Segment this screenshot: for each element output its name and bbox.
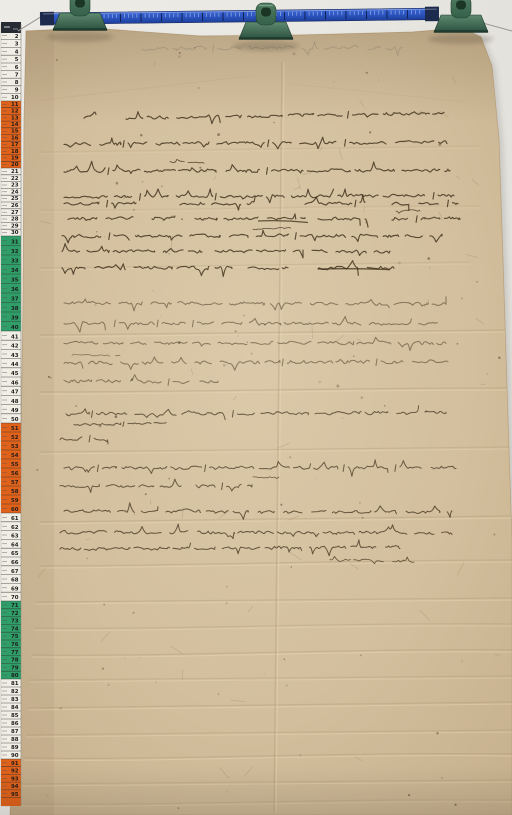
tape-number: 58 [11, 489, 19, 495]
tape-number: 45 [11, 371, 19, 377]
tape-number: 29 [11, 223, 19, 229]
tape-number: 88 [11, 737, 19, 743]
tape-number: 64 [11, 542, 19, 548]
tape-number: 42 [11, 344, 19, 350]
tape-number: 38 [11, 306, 19, 312]
clip-lever-hole [261, 8, 271, 17]
tape-number: 36 [11, 287, 19, 293]
photo-vignette [0, 765, 512, 815]
clip-lever-hole [75, 0, 85, 8]
tape-number: 54 [11, 453, 19, 459]
tape-number: 59 [11, 498, 19, 504]
tape-number: 30 [11, 230, 19, 236]
tape-number: 60 [11, 507, 19, 513]
tape-number: 24 [11, 189, 19, 195]
tape-number: 67 [11, 569, 19, 575]
tape-number: 19 [11, 156, 19, 162]
tape-number: 25 [11, 196, 19, 202]
tape-number: 90 [11, 753, 19, 759]
manuscript-photo: 1234567891011121314151617181920212223242… [0, 0, 512, 815]
tape-number: 68 [11, 578, 19, 584]
tape-number: 85 [11, 713, 19, 719]
tape-number: 39 [11, 316, 19, 322]
tape-number: 6 [15, 65, 19, 71]
tape-number: 41 [11, 334, 19, 340]
tape-number: 76 [11, 642, 19, 648]
tape-number: 9 [15, 88, 19, 94]
tape-number: 31 [11, 240, 19, 246]
tape-number: 73 [11, 619, 19, 625]
tape-number: 70 [11, 595, 19, 601]
tape-number: 53 [11, 444, 19, 450]
tape-number: 44 [11, 362, 19, 368]
tape-number: 55 [11, 462, 19, 468]
tape-number: 7 [15, 72, 19, 78]
tape-number: 62 [11, 525, 19, 531]
tape-number: 35 [11, 278, 19, 284]
clip-shadow [428, 34, 494, 44]
binder-clip [47, 0, 113, 42]
tape-number: 49 [11, 408, 19, 414]
tape-number: 74 [11, 626, 19, 632]
tape-number: 77 [11, 650, 19, 656]
tape-number: 66 [11, 560, 19, 566]
tape-number: 47 [11, 390, 19, 396]
tape-number: 69 [11, 586, 19, 592]
tape-number: 22 [11, 176, 19, 182]
tape-number: 23 [11, 183, 19, 189]
tape-number: 37 [11, 297, 19, 303]
tape-number: 63 [11, 534, 19, 540]
tape-number: 40 [11, 325, 19, 331]
tape-number: 26 [11, 203, 19, 209]
clip-lever-hole [456, 1, 466, 10]
photograph-scene: 1234567891011121314151617181920212223242… [0, 0, 512, 815]
tape-number: 43 [11, 353, 19, 359]
tape-number: 71 [11, 603, 19, 609]
tape-number: 32 [11, 249, 19, 255]
tape-number: 21 [11, 169, 19, 175]
tape-number: 11 [11, 102, 19, 108]
tape-number: 8 [15, 80, 19, 86]
tape-number: 51 [11, 426, 19, 432]
tape-number: 82 [11, 689, 19, 695]
tape-number: 80 [11, 673, 19, 679]
tape-number: 17 [11, 142, 19, 148]
tape-number: 15 [11, 129, 19, 135]
clip-shadow [233, 41, 299, 51]
tape-number: 81 [11, 681, 19, 687]
measuring-tape: 1234567891011121314151617181920212223242… [1, 22, 21, 806]
tape-number: 12 [11, 109, 19, 115]
tape-number: 65 [11, 551, 19, 557]
tape-number: 48 [11, 399, 19, 405]
tape-number: 14 [11, 122, 19, 128]
tape-number: 2 [15, 34, 19, 40]
tape-number: 3 [15, 42, 19, 48]
tape-number: 78 [11, 658, 19, 664]
tape-number: 52 [11, 435, 19, 441]
tape-number: 13 [11, 115, 19, 121]
tape-number: 72 [11, 611, 19, 617]
tape-number: 57 [11, 480, 19, 486]
tape-number: 4 [15, 49, 19, 55]
tape-number: 18 [11, 149, 19, 155]
tape-number: 87 [11, 729, 19, 735]
tape-number: 28 [11, 217, 19, 223]
tape-number: 84 [11, 705, 19, 711]
tape-number: 16 [11, 135, 19, 141]
tape-number: 75 [11, 634, 19, 640]
tape-number: 79 [11, 665, 19, 671]
tape-number: 46 [11, 380, 19, 386]
tape-number: 34 [11, 268, 19, 274]
tape-number: 20 [11, 162, 19, 168]
tape-number: 86 [11, 721, 19, 727]
tape-number: 10 [11, 95, 19, 101]
tape-number: 83 [11, 697, 19, 703]
tape-number: 50 [11, 417, 19, 423]
clip-shadow [47, 32, 113, 42]
tape-number: 56 [11, 471, 19, 477]
tape-number: 33 [11, 259, 19, 265]
tape-number: 89 [11, 745, 19, 751]
tape-number: 27 [11, 210, 19, 216]
tape-number: 61 [11, 516, 19, 522]
tape-number: 5 [15, 57, 19, 63]
